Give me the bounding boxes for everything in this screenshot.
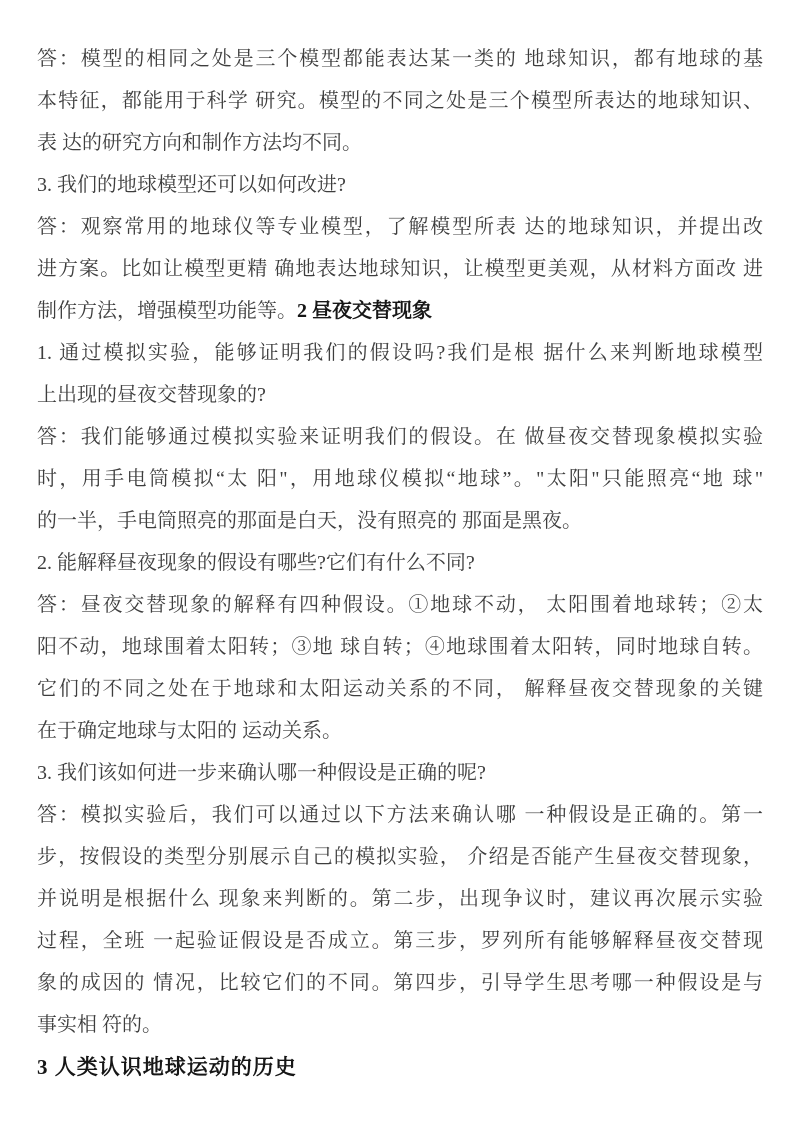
text-line: 答：我们能够通过模拟实验来证明我们的假设。在 做昼夜交替现象模拟实验 — [37, 416, 763, 458]
text-line: 3. 我们该如何进一步来确认哪一种假设是正确的呢? — [37, 752, 763, 794]
text-run: 2. 能解释昼夜现象的假设有哪些?它们有什么不同? — [37, 552, 475, 574]
text-run: 上出现的昼夜交替现象的? — [37, 384, 266, 406]
document-body: 答：模型的相同之处是三个模型都能表达某一类的 地球知识，都有地球的基本特征，都能… — [37, 38, 763, 1046]
question-hypotheses: 2. 能解释昼夜现象的假设有哪些?它们有什么不同? — [37, 542, 763, 584]
text-line: 象的成因的 情况，比较它们的不同。第四步，引导学生思考哪一种假设是与 — [37, 962, 763, 1004]
text-run: 它们的不同之处在于地球和太阳运动关系的不同， 解释昼夜交替现象的关键 — [37, 678, 763, 700]
text-run: 答：模型的相同之处是三个模型都能表达某一类的 地球知识，都有地球的基 — [37, 48, 763, 70]
text-line: 进方案。比如让模型更精 确地表达地球知识，让模型更美观，从材料方面改 进 — [37, 248, 763, 290]
text-run: 过程，全班 一起验证假设是否成立。第三步，罗列所有能够解释昼夜交替现 — [37, 930, 763, 952]
text-line: 本特征，都能用于科学 研究。模型的不同之处是三个模型所表达的地球知识、 — [37, 80, 763, 122]
text-line: 3. 我们的地球模型还可以如何改进? — [37, 164, 763, 206]
text-line: 答：观察常用的地球仪等专业模型，了解模型所表 达的地球知识，并提出改 — [37, 206, 763, 248]
text-run: 答：观察常用的地球仪等专业模型，了解模型所表 达的地球知识，并提出改 — [37, 216, 763, 238]
text-line: 事实相 符的。 — [37, 1004, 763, 1046]
text-line: 答：模拟实验后，我们可以通过以下方法来确认哪 一种假设是正确的。第一 — [37, 794, 763, 836]
answer-confirm-hypothesis: 答：模拟实验后，我们可以通过以下方法来确认哪 一种假设是正确的。第一步，按假设的… — [37, 794, 763, 1046]
text-run: 答：模拟实验后，我们可以通过以下方法来确认哪 一种假设是正确的。第一 — [37, 804, 763, 826]
text-run: 1. 通过模拟实验，能够证明我们的假设吗?我们是根 据什么来判断地球模型 — [37, 342, 763, 364]
text-run: 时，用手电筒模拟“太 阳"，用地球仪模拟“地球”。"太阳"只能照亮“地 球" — [37, 468, 763, 490]
text-run: 在于确定地球与太阳的 运动关系。 — [37, 720, 342, 742]
text-run: 并说明是根据什么 现象来判断的。第二步，出现争议时，建议再次展示实验 — [37, 888, 763, 910]
text-line: 的一半，手电筒照亮的那面是白天，没有照亮的 那面是黑夜。 — [37, 500, 763, 542]
text-run: 阳不动，地球围着太阳转；③地 球自转；④地球围着太阳转，同时地球自转。 — [37, 636, 763, 658]
text-run: 3. 我们的地球模型还可以如何改进? — [37, 174, 346, 196]
answer-hypotheses: 答：昼夜交替现象的解释有四种假设。①地球不动， 太阳围着地球转；②太阳不动，地球… — [37, 584, 763, 752]
text-line: 并说明是根据什么 现象来判断的。第二步，出现争议时，建议再次展示实验 — [37, 878, 763, 920]
text-line: 时，用手电筒模拟“太 阳"，用地球仪模拟“地球”。"太阳"只能照亮“地 球" — [37, 458, 763, 500]
text-run: 3. 我们该如何进一步来确认哪一种假设是正确的呢? — [37, 762, 486, 784]
text-run: 答：我们能够通过模拟实验来证明我们的假设。在 做昼夜交替现象模拟实验 — [37, 426, 763, 448]
text-line: 答：模型的相同之处是三个模型都能表达某一类的 地球知识，都有地球的基 — [37, 38, 763, 80]
answer-improve-model: 答：观察常用的地球仪等专业模型，了解模型所表 达的地球知识，并提出改进方案。比如… — [37, 206, 763, 332]
inline-section-heading: 2 昼夜交替现象 — [297, 300, 432, 322]
text-run: 表 达的研究方向和制作方法均不同。 — [37, 132, 362, 154]
text-line: 1. 通过模拟实验，能够证明我们的假设吗?我们是根 据什么来判断地球模型 — [37, 332, 763, 374]
text-line: 上出现的昼夜交替现象的? — [37, 374, 763, 416]
text-run: 事实相 符的。 — [37, 1014, 162, 1036]
text-line: 过程，全班 一起验证假设是否成立。第三步，罗列所有能够解释昼夜交替现 — [37, 920, 763, 962]
text-run: 的一半，手电筒照亮的那面是白天，没有照亮的 那面是黑夜。 — [37, 510, 582, 532]
text-run: 步，按假设的类型分别展示自己的模拟实验， 介绍是否能产生昼夜交替现象， — [37, 846, 763, 868]
text-run: 象的成因的 情况，比较它们的不同。第四步，引导学生思考哪一种假设是与 — [37, 972, 763, 994]
text-line: 阳不动，地球围着太阳转；③地 球自转；④地球围着太阳转，同时地球自转。 — [37, 626, 763, 668]
text-line: 答：昼夜交替现象的解释有四种假设。①地球不动， 太阳围着地球转；②太 — [37, 584, 763, 626]
document-page: 答：模型的相同之处是三个模型都能表达某一类的 地球知识，都有地球的基本特征，都能… — [0, 0, 793, 1122]
text-run: 制作方法，增强模型功能等。 — [37, 300, 297, 322]
text-line: 它们的不同之处在于地球和太阳运动关系的不同， 解释昼夜交替现象的关键 — [37, 668, 763, 710]
text-line: 制作方法，增强模型功能等。2 昼夜交替现象 — [37, 290, 763, 332]
text-line: 步，按假设的类型分别展示自己的模拟实验， 介绍是否能产生昼夜交替现象， — [37, 836, 763, 878]
answer-simulation-proof: 答：我们能够通过模拟实验来证明我们的假设。在 做昼夜交替现象模拟实验时，用手电筒… — [37, 416, 763, 542]
text-run: 本特征，都能用于科学 研究。模型的不同之处是三个模型所表达的地球知识、 — [37, 90, 763, 112]
text-line: 在于确定地球与太阳的 运动关系。 — [37, 710, 763, 752]
text-run: 答：昼夜交替现象的解释有四种假设。①地球不动， 太阳围着地球转；②太 — [37, 594, 763, 616]
answer-model-comparison: 答：模型的相同之处是三个模型都能表达某一类的 地球知识，都有地球的基本特征，都能… — [37, 38, 763, 164]
text-line: 2. 能解释昼夜现象的假设有哪些?它们有什么不同? — [37, 542, 763, 584]
text-line: 表 达的研究方向和制作方法均不同。 — [37, 122, 763, 164]
question-simulation-proof: 1. 通过模拟实验，能够证明我们的假设吗?我们是根 据什么来判断地球模型上出现的… — [37, 332, 763, 416]
text-run: 进方案。比如让模型更精 确地表达地球知识，让模型更美观，从材料方面改 进 — [37, 258, 763, 280]
question-confirm-hypothesis: 3. 我们该如何进一步来确认哪一种假设是正确的呢? — [37, 752, 763, 794]
section-heading-human-history-of-earth-motion: 3 人类认识地球运动的历史 — [37, 1046, 763, 1088]
question-improve-model: 3. 我们的地球模型还可以如何改进? — [37, 164, 763, 206]
